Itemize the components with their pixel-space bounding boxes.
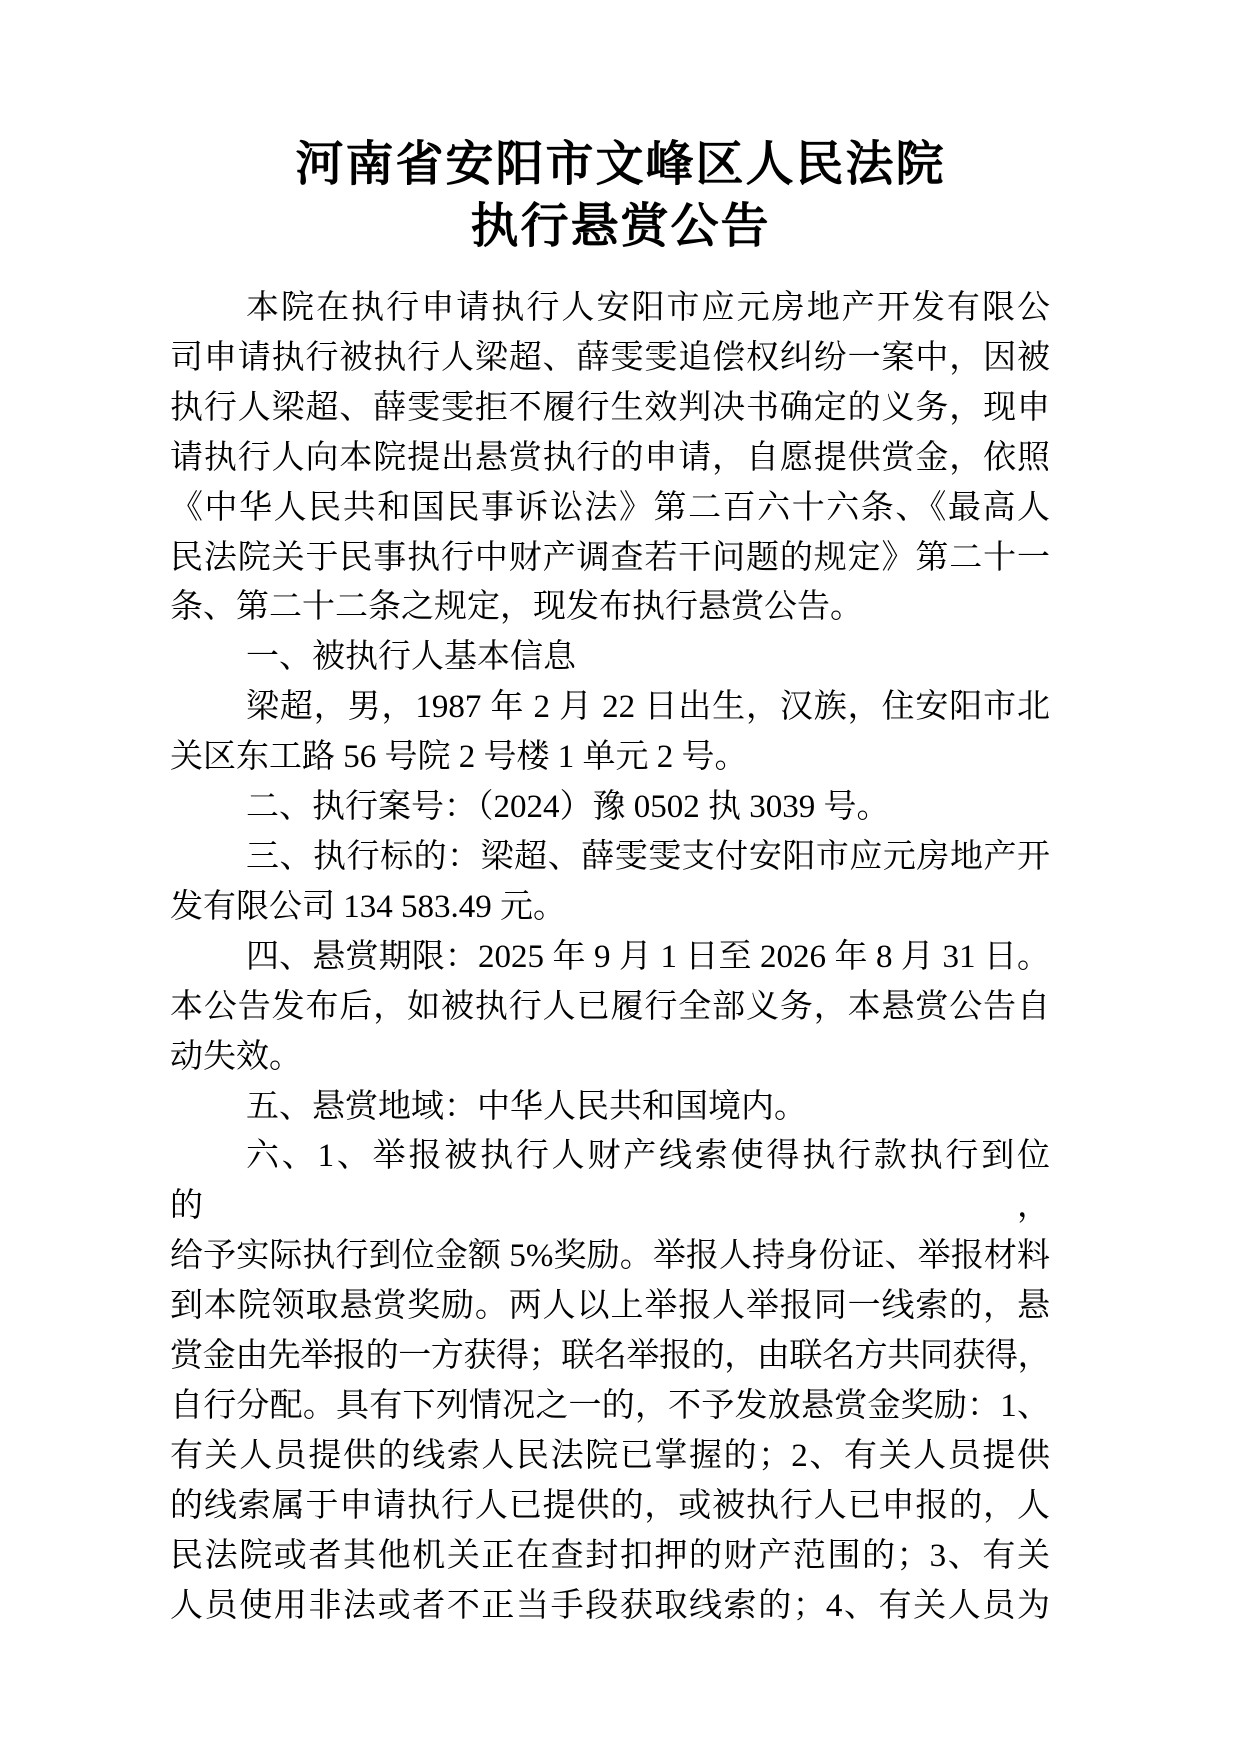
body-line: 自行分配。具有下列情况之一的，不予发放悬赏金奖励：1、 bbox=[170, 1382, 1050, 1432]
body-line: 有关人员提供的线索人民法院已掌握的；2、有关人员提供 bbox=[170, 1432, 1050, 1482]
body-line: 司申请执行被执行人梁超、薛雯雯追偿权纠纷一案中，因被 bbox=[170, 334, 1050, 384]
body-line: 关区东工路 56 号院 2 号楼 1 单元 2 号。 bbox=[170, 733, 1050, 783]
body-line: 民法院或者其他机关正在查封扣押的财产范围的；3、有关 bbox=[170, 1532, 1050, 1582]
body-line: 请执行人向本院提出悬赏执行的申请，自愿提供赏金，依照 bbox=[170, 434, 1050, 484]
body-line: 《中华人民共和国民事诉讼法》第二百六十六条、《最高人 bbox=[170, 484, 1050, 534]
document-title-block: 河南省安阳市文峰区人民法院 执行悬赏公告 bbox=[0, 0, 1241, 258]
body-line: 给予实际执行到位金额 5%奖励。举报人持身份证、举报材料 bbox=[170, 1232, 1050, 1282]
body-line: 六、1、举报被执行人财产线索使得执行款执行到位的， bbox=[170, 1132, 1050, 1232]
body-line: 条、第二十二条之规定，现发布执行悬赏公告。 bbox=[170, 583, 1050, 633]
body-line: 发有限公司 134 583.49 元。 bbox=[170, 883, 1050, 933]
body-line: 二、执行案号：（2024）豫 0502 执 3039 号。 bbox=[170, 783, 1050, 833]
paragraph: 一、被执行人基本信息 bbox=[170, 633, 1050, 683]
body-line: 梁超，男，1987 年 2 月 22 日出生，汉族，住安阳市北 bbox=[170, 683, 1050, 733]
paragraph: 四、悬赏期限：2025 年 9 月 1 日至 2026 年 8 月 31 日。本… bbox=[170, 933, 1050, 1083]
body-line: 四、悬赏期限：2025 年 9 月 1 日至 2026 年 8 月 31 日。 bbox=[170, 933, 1050, 983]
body-line: 赏金由先举报的一方获得；联名举报的，由联名方共同获得， bbox=[170, 1332, 1050, 1382]
paragraph: 二、执行案号：（2024）豫 0502 执 3039 号。 bbox=[170, 783, 1050, 833]
announcement-title: 执行悬赏公告 bbox=[0, 196, 1241, 258]
paragraph: 梁超，男，1987 年 2 月 22 日出生，汉族，住安阳市北关区东工路 56 … bbox=[170, 683, 1050, 783]
document-body: 本院在执行申请执行人安阳市应元房地产开发有限公司申请执行被执行人梁超、薛雯雯追偿… bbox=[170, 284, 1050, 1631]
body-line: 本院在执行申请执行人安阳市应元房地产开发有限公 bbox=[170, 284, 1050, 334]
body-line: 动失效。 bbox=[170, 1033, 1050, 1083]
body-line: 到本院领取悬赏奖励。两人以上举报人举报同一线索的，悬 bbox=[170, 1282, 1050, 1332]
body-line: 一、被执行人基本信息 bbox=[170, 633, 1050, 683]
body-line: 本公告发布后，如被执行人已履行全部义务，本悬赏公告自 bbox=[170, 983, 1050, 1033]
court-name: 河南省安阳市文峰区人民法院 bbox=[0, 134, 1241, 196]
paragraph: 三、执行标的：梁超、薛雯雯支付安阳市应元房地产开发有限公司 134 583.49… bbox=[170, 833, 1050, 933]
paragraph: 六、1、举报被执行人财产线索使得执行款执行到位的，给予实际执行到位金额 5%奖励… bbox=[170, 1132, 1050, 1631]
body-line: 五、悬赏地域：中华人民共和国境内。 bbox=[170, 1083, 1050, 1133]
paragraph: 本院在执行申请执行人安阳市应元房地产开发有限公司申请执行被执行人梁超、薛雯雯追偿… bbox=[170, 284, 1050, 633]
body-line: 人员使用非法或者不正当手段获取线索的；4、有关人员为 bbox=[170, 1582, 1050, 1632]
paragraph: 五、悬赏地域：中华人民共和国境内。 bbox=[170, 1083, 1050, 1133]
body-line: 的线索属于申请执行人已提供的，或被执行人已申报的，人 bbox=[170, 1482, 1050, 1532]
document-page: 河南省安阳市文峰区人民法院 执行悬赏公告 本院在执行申请执行人安阳市应元房地产开… bbox=[0, 0, 1241, 1754]
body-line: 执行人梁超、薛雯雯拒不履行生效判决书确定的义务，现申 bbox=[170, 384, 1050, 434]
body-line: 三、执行标的：梁超、薛雯雯支付安阳市应元房地产开 bbox=[170, 833, 1050, 883]
body-line: 民法院关于民事执行中财产调查若干问题的规定》第二十一 bbox=[170, 534, 1050, 584]
